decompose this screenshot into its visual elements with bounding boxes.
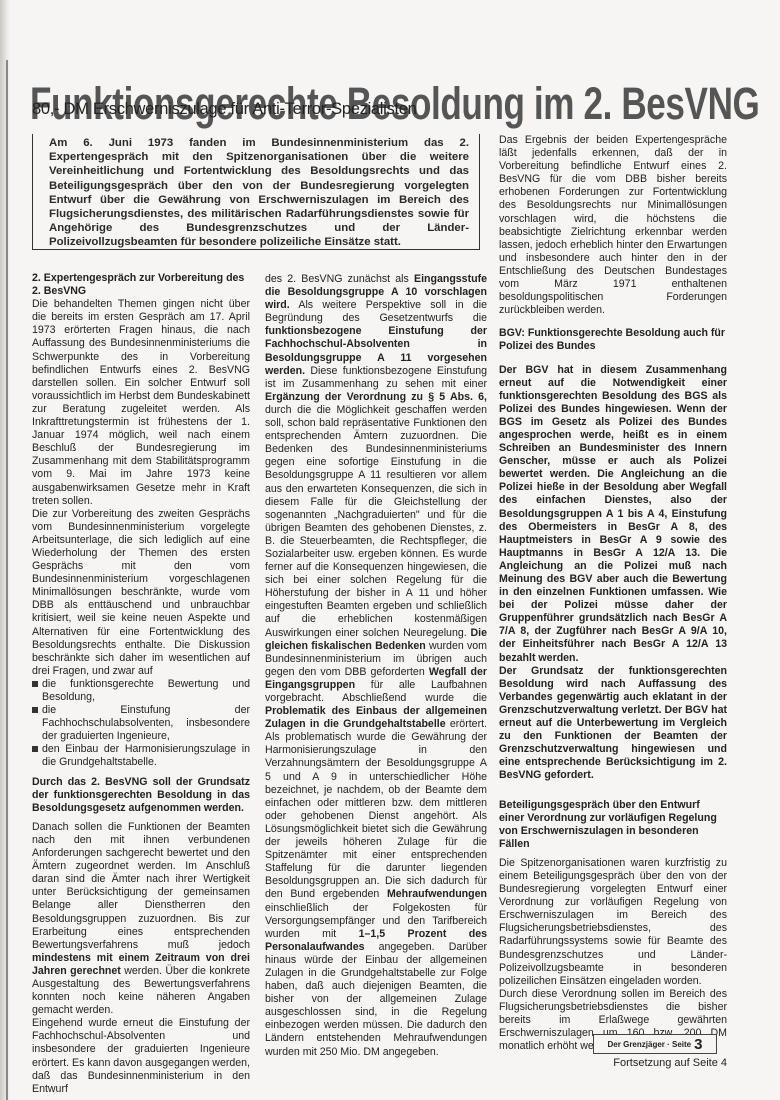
list-item-text: den Einbau der Harmonisierungszulage in …: [42, 743, 250, 769]
column-2: des 2. BesVNG zunächst als Eingangsstufe…: [265, 273, 487, 1059]
lead-paragraph: Am 6. Juni 1973 fanden im Bundesinnenmin…: [49, 136, 469, 250]
page-binding-line: [6, 60, 8, 1100]
paragraph: Eingehend wurde erneut die Einstufung de…: [32, 1017, 250, 1096]
subheadline: 80,- DM Erschwerniszulage für Anti-Terro…: [32, 100, 417, 119]
paragraph: Das Ergebnis der beiden Expertengespräch…: [499, 134, 727, 317]
page-number: 3: [694, 1037, 702, 1052]
list-item-text: die funktionsgerechte Bewertung und Beso…: [42, 678, 250, 704]
publication-name: Der Grenzjäger · Seite: [608, 1040, 692, 1049]
section-heading-expertengespraech: 2. Expertengespräch zur Vorbereitung des…: [32, 272, 250, 298]
text-run: Danach sollen die Funktionen der Beamten…: [32, 821, 250, 951]
column-3: Das Ergebnis der beiden Expertengespräch…: [499, 134, 727, 1070]
section-heading-beteiligungsgespraech: Beteiligungsgespräch über den Entwurf ei…: [499, 799, 727, 851]
paragraph: Die zur Vorbereitung des zweiten Gespräc…: [32, 508, 250, 678]
paragraph: Danach sollen die Funktionen der Beamten…: [32, 821, 250, 1017]
text-run: erörtert. Als problematisch wurde die Ge…: [265, 718, 487, 900]
square-bullet-icon: [32, 707, 38, 713]
page-footer: Der Grenzjäger · Seite 3: [593, 1034, 717, 1054]
list-item: den Einbau der Harmonisierungszulage in …: [32, 743, 250, 769]
square-bullet-icon: [32, 681, 38, 687]
continuation-note: Fortsetzung auf Seite 4: [499, 1057, 727, 1070]
text-run: des 2. BesVNG zunächst als: [265, 273, 414, 285]
page-binding-shadow: [0, 0, 10, 1100]
bold-text-run: Mehraufwendungen: [387, 888, 487, 900]
bold-paragraph: Der Grundsatz der funktionsgerechten Bes…: [499, 665, 727, 783]
list-item: die funktionsgerechte Bewertung und Beso…: [32, 678, 250, 704]
bold-paragraph: Der BGV hat in diesem Zusammenhang erneu…: [499, 364, 727, 665]
column-1: 2. Expertengespräch zur Vorbereitung des…: [32, 272, 250, 1096]
list-item: die Einstufung der Fachhochschulabsolven…: [32, 704, 250, 743]
text-run: Als weitere Perspektive soll in die Begr…: [265, 299, 487, 324]
section-heading-bgv: BGV: Funktionsgerechte Besoldung auch fü…: [499, 327, 727, 353]
text-run: angegeben. Darüber hinaus würde der Einb…: [265, 941, 487, 1058]
square-bullet-icon: [32, 746, 38, 752]
bold-text-run: Ergänzung der Verordnung zu § 5 Abs. 6,: [265, 391, 487, 403]
list-item-text: die Einstufung der Fachhochschulabsolven…: [42, 704, 250, 743]
paragraph: Die behandelten Themen gingen nicht über…: [32, 298, 250, 508]
paragraph: Die Spitzenorganisationen waren kurzfris…: [499, 857, 727, 988]
paragraph: des 2. BesVNG zunächst als Eingangsstufe…: [265, 273, 487, 1059]
lead-box: Am 6. Juni 1973 fanden im Bundesinnenmin…: [32, 134, 480, 250]
text-run: durch die die Möglichkeit geschaffen wer…: [265, 404, 487, 639]
bold-statement: Durch das 2. BesVNG soll der Grundsatz d…: [32, 776, 250, 815]
